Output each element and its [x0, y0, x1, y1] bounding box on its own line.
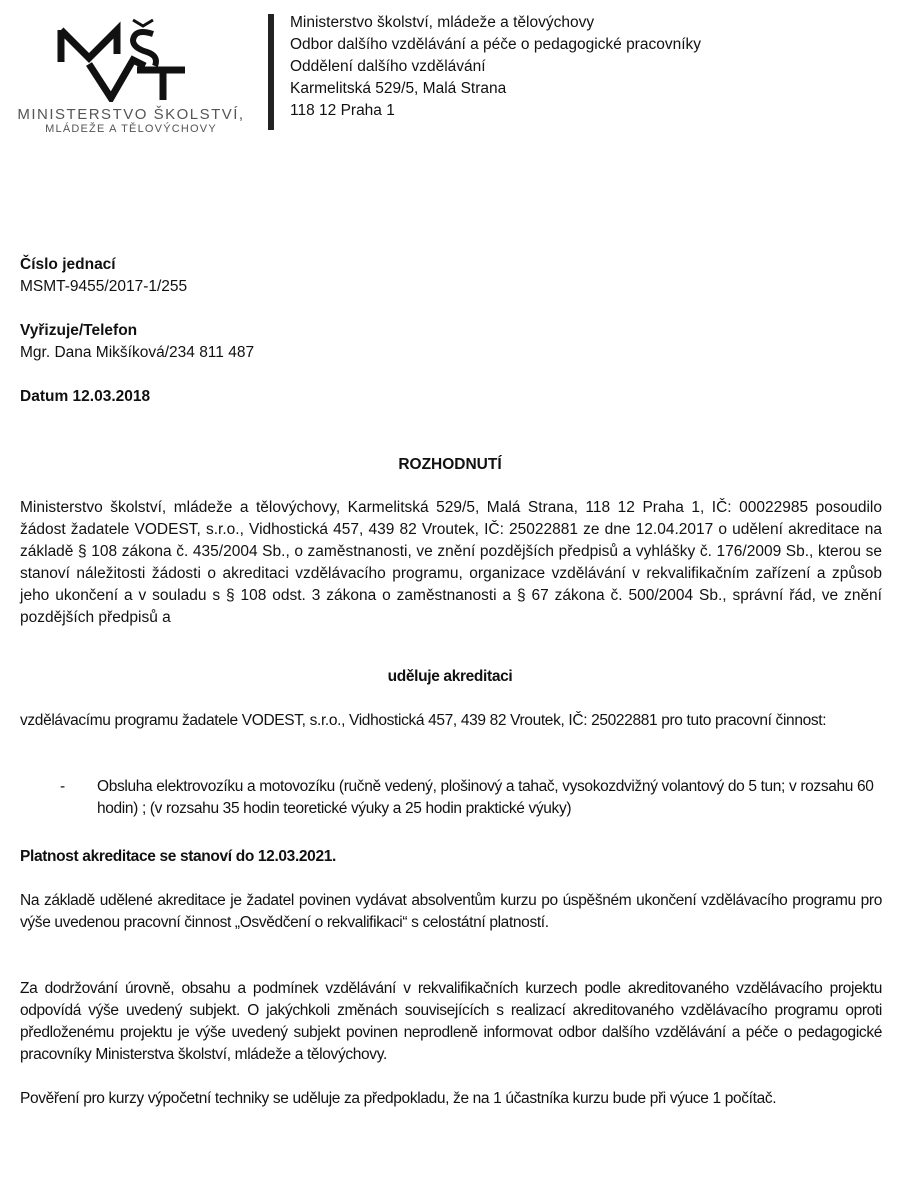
- ministry-logo: MINISTERSTVO ŠKOLSTVÍ, MLÁDEŽE A TĚLOVÝC…: [0, 10, 260, 140]
- responsibility-paragraph: Za dodržování úrovně, obsahu a podmínek …: [20, 978, 882, 1066]
- contact-value: Mgr. Dana Mikšíková/234 811 487: [20, 342, 254, 364]
- letterhead-divider: [268, 14, 274, 130]
- letterhead: MINISTERSTVO ŠKOLSTVÍ, MLÁDEŽE A TĚLOVÝC…: [0, 0, 900, 140]
- contact-label: Vyřizuje/Telefon: [20, 320, 254, 342]
- program-intro-paragraph: vzdělávacímu programu žadatele VODEST, s…: [20, 710, 882, 732]
- document-title: ROZHODNUTÍ: [0, 456, 900, 474]
- address-line: Odbor dalšího vzdělávání a péče o pedago…: [290, 34, 701, 56]
- address-line: 118 12 Praha 1: [290, 100, 701, 122]
- logo-text-line2: MLÁDEŽE A TĚLOVÝCHOVY: [6, 123, 256, 135]
- validity-statement: Platnost akreditace se stanoví do 12.03.…: [20, 846, 882, 868]
- bullet-dash: -: [60, 776, 65, 798]
- intro-paragraph: Ministerstvo školství, mládeže a tělovýc…: [20, 497, 882, 629]
- activity-text: Obsluha elektrovozíku a motovozíku (ručn…: [97, 776, 882, 820]
- certificate-paragraph: Na základě udělené akreditace je žadatel…: [20, 890, 882, 934]
- contact-block: Vyřizuje/Telefon Mgr. Dana Mikšíková/234…: [20, 320, 254, 364]
- logo-text-line1: MINISTERSTVO ŠKOLSTVÍ,: [6, 106, 256, 123]
- computer-courses-paragraph: Pověření pro kurzy výpočetní techniky se…: [20, 1088, 882, 1110]
- document-date: Datum 12.03.2018: [20, 386, 254, 408]
- decision-heading: uděluje akreditaci: [0, 668, 900, 686]
- address-line: Oddělení dalšího vzdělávání: [290, 56, 701, 78]
- reference-value: MSMT-9455/2017-1/255: [20, 276, 254, 298]
- msmt-logo-icon: [55, 14, 195, 102]
- document-meta: Číslo jednací MSMT-9455/2017-1/255 Vyřiz…: [20, 254, 254, 430]
- reference-label: Číslo jednací: [20, 254, 254, 276]
- address-line: Ministerstvo školství, mládeže a tělovýc…: [290, 12, 701, 34]
- reference-block: Číslo jednací MSMT-9455/2017-1/255: [20, 254, 254, 298]
- address-line: Karmelitská 529/5, Malá Strana: [290, 78, 701, 100]
- ministry-address: Ministerstvo školství, mládeže a tělovýc…: [290, 12, 701, 122]
